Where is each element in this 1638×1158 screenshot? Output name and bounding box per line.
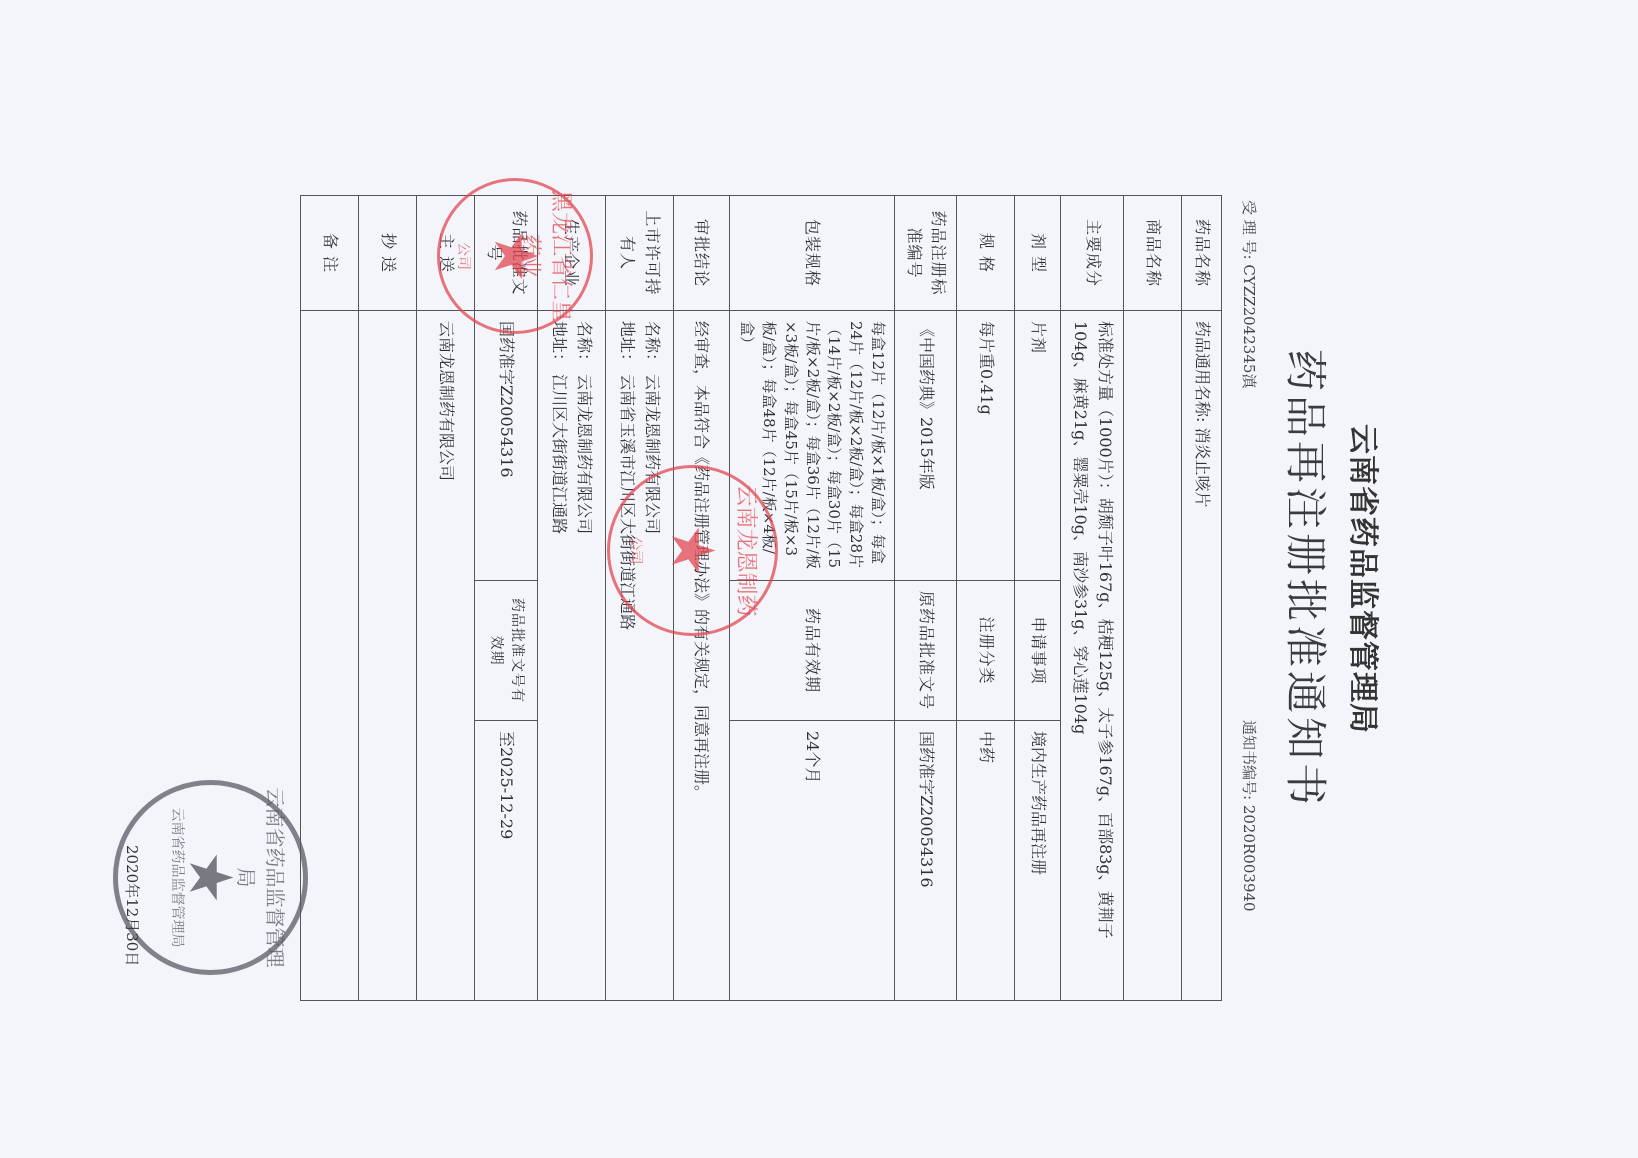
cc-label: 抄 送: [358, 196, 416, 311]
approval-notice-page: 云南省药品监督管理局 药品再注册批准通知书 受 理 号: CYZZ2042345…: [0, 0, 1638, 1158]
approval-valid-value: 至2025-12-29: [474, 721, 537, 1001]
remarks-value: [300, 311, 358, 1001]
notice-number: 通知书编号: 2020R003940: [1239, 720, 1260, 912]
seal-inner-text: 云南省药品监督管理局: [168, 785, 188, 970]
table-row: 商品名称: [1124, 196, 1182, 1001]
approval-table: 药品名称 药品通用名称: 消炎止咳片 商品名称 主要成分 标准处方量（1000片…: [300, 195, 1222, 1001]
category-label: 注册分类: [957, 581, 1015, 721]
orig-approval-value: 国药准字Z20054316: [894, 721, 957, 1001]
mah-address: 地址： 云南省玉溪市江川区大街街道江通路: [614, 321, 639, 990]
orig-approval-label: 原药品批准文号: [894, 581, 957, 721]
ingredients-value: 标准处方量（1000片）：胡颓子叶167g、桔梗125g、太子参167g、百部8…: [1061, 311, 1124, 1001]
application-label: 申请事项: [1015, 581, 1061, 721]
drug-name-label: 药品名称: [1182, 196, 1222, 311]
table-row: 药品注册标准编号 《中国药典》2015年版 原药品批准文号 国药准字Z20054…: [894, 196, 957, 1001]
remarks-label: 备 注: [300, 196, 358, 311]
notice-label: 通知书编号:: [1240, 720, 1258, 800]
drug-name-value: 药品通用名称: 消炎止咳片: [1182, 311, 1222, 1001]
mah-info: 名称： 云南龙恩制药有限公司 地址： 云南省玉溪市江川区大街街道江通路: [605, 311, 673, 1001]
star-icon: ★: [181, 851, 241, 905]
acceptance-value: CYZZ2042345滇: [1240, 264, 1258, 388]
main-send-label: 主 送: [416, 196, 474, 311]
approval-valid-label: 药品批准文号有效期: [474, 581, 537, 721]
application-value: 境内生产药品再注册: [1015, 721, 1061, 1001]
shelf-life-value: 24个月: [729, 721, 894, 1001]
table-row: 剂 型 片剂 申请事项 境内生产药品再注册: [1015, 196, 1061, 1001]
standard-value: 《中国药典》2015年版: [894, 311, 957, 581]
standard-label: 药品注册标准编号: [894, 196, 957, 311]
shelf-life-label: 药品有效期: [729, 581, 894, 721]
notice-value: 2020R003940: [1240, 805, 1258, 912]
table-row: 规 格 每片重0.41g 注册分类 中药: [957, 196, 1015, 1001]
trade-name-value: [1124, 311, 1182, 1001]
table-row: 主要成分 标准处方量（1000片）：胡颓子叶167g、桔梗125g、太子参167…: [1061, 196, 1124, 1001]
seal-text: 云南省药品监督管理局: [233, 785, 303, 970]
table-row: 上市许可持有人 名称： 云南龙恩制药有限公司 地址： 云南省玉溪市江川区大街街道…: [605, 196, 673, 1001]
producer-name: 名称： 云南龙恩制药有限公司: [571, 321, 596, 990]
approval-no-label: 药品批准文号: [474, 196, 537, 311]
table-row: 药品批准文号 国药准字Z20054316 药品批准文号有效期 至2025-12-…: [474, 196, 537, 1001]
acceptance-number: 受 理 号: CYZZ2042345滇: [1239, 200, 1260, 388]
table-row: 包装规格 每盒12片（12片/板×1板/盒）；每盒24片（12片/板×2板/盒）…: [729, 196, 894, 1001]
dosage-form-value: 片剂: [1015, 311, 1061, 581]
producer-info: 名称： 云南龙恩制药有限公司 地址： 江川区大街街道江通路: [537, 311, 605, 1001]
cc-value: [358, 311, 416, 1001]
issuing-agency: 云南省药品监督管理局: [1344, 0, 1388, 1158]
table-row: 主 送 云南龙恩制药有限公司: [416, 196, 474, 1001]
spec-label: 规 格: [957, 196, 1015, 311]
table-row: 抄 送: [358, 196, 416, 1001]
category-value: 中药: [957, 721, 1015, 1001]
acceptance-label: 受 理 号:: [1240, 200, 1258, 260]
main-send-value: 云南龙恩制药有限公司: [416, 311, 474, 1001]
mah-name: 名称： 云南龙恩制药有限公司: [639, 321, 664, 990]
trade-name-label: 商品名称: [1124, 196, 1182, 311]
conclusion-label: 审批结论: [673, 196, 729, 311]
dosage-form-label: 剂 型: [1015, 196, 1061, 311]
table-row: 审批结论 经审查，本品符合《药品注册管理办法》的有关规定，同意再注册。: [673, 196, 729, 1001]
issue-date: 2020年12月30日: [122, 845, 143, 966]
approval-no-value: 国药准字Z20054316: [474, 311, 537, 581]
spec-value: 每片重0.41g: [957, 311, 1015, 581]
producer-address: 地址： 江川区大街街道江通路: [546, 321, 571, 990]
packaging-value: 每盒12片（12片/板×1板/盒）；每盒24片（12片/板×2板/盒）；每盒28…: [729, 311, 894, 581]
mah-label: 上市许可持有人: [605, 196, 673, 311]
conclusion-value: 经审查，本品符合《药品注册管理办法》的有关规定，同意再注册。: [673, 311, 729, 1001]
packaging-label: 包装规格: [729, 196, 894, 311]
document-title: 药品再注册批准通知书: [1278, 0, 1338, 1158]
table-row: 生产企业 名称： 云南龙恩制药有限公司 地址： 江川区大街街道江通路: [537, 196, 605, 1001]
table-row: 药品名称 药品通用名称: 消炎止咳片: [1182, 196, 1222, 1001]
table-row: 备 注: [300, 196, 358, 1001]
producer-label: 生产企业: [537, 196, 605, 311]
ingredients-label: 主要成分: [1061, 196, 1124, 311]
